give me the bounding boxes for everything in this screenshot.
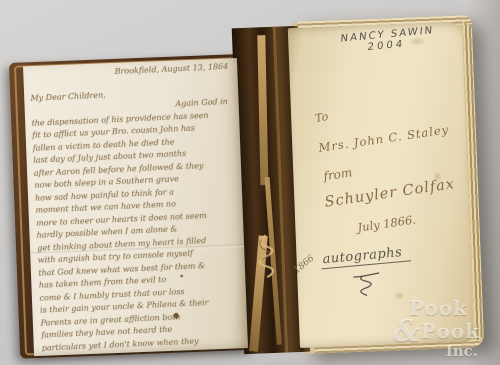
watermark: Pook &Pook Inc. xyxy=(393,299,480,359)
watermark-line: &Pook xyxy=(393,318,480,346)
inscription-from: from xyxy=(323,165,353,183)
year-notation: 1866 xyxy=(292,254,316,276)
watermark-word: Pook xyxy=(421,319,480,343)
inscription-recipient: Mrs. John C. Staley xyxy=(318,122,450,155)
auction-photo: Brookfield, August 13, 1864 My Dear Chil… xyxy=(0,0,500,365)
foxing-spot xyxy=(394,292,404,299)
inscription-to: To xyxy=(314,110,329,125)
ink-blot xyxy=(180,274,183,277)
letter-dateline: Brookfield, August 13, 1864 xyxy=(29,61,230,83)
flourish-squiggle-icon xyxy=(349,271,384,298)
inscription-signature: Schuyler Colfax xyxy=(324,176,456,211)
watermark-ampersand: & xyxy=(393,314,421,349)
letter-text: Brookfield, August 13, 1864 My Dear Chil… xyxy=(29,61,243,355)
inscription-date: July 1866. xyxy=(357,212,417,234)
autographs-label: autographs xyxy=(320,244,411,269)
letter-page: Brookfield, August 13, 1864 My Dear Chil… xyxy=(23,58,248,356)
binding-cord-icon xyxy=(248,233,282,280)
paper-stub xyxy=(257,35,268,185)
